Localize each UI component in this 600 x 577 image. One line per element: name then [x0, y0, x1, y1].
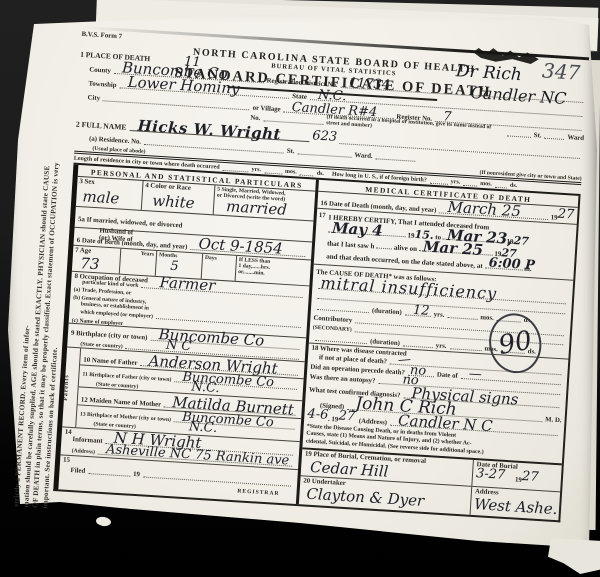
duration-yrs-label: yrs.	[433, 311, 444, 319]
house-number-value: 623	[312, 128, 338, 145]
md-label: M. D.	[545, 416, 562, 424]
to-year-value: 27	[513, 235, 529, 248]
days-label: Days	[205, 255, 234, 263]
filed-19-label: 19	[133, 471, 140, 478]
undertaker-addr-value: West Ashe.	[474, 495, 557, 518]
sign-19-label: . 19	[328, 416, 339, 424]
no-label: No.	[250, 114, 260, 122]
duration2-label: (duration)	[370, 338, 400, 347]
parents-label: Parents	[63, 374, 71, 401]
burial-year-value: 27	[522, 469, 539, 485]
stamp-90-value: 90	[496, 326, 534, 362]
burial-date-value: 3-27	[476, 466, 506, 483]
informant-addr-label: (Address)	[72, 448, 96, 455]
operation-date-label: Date of	[437, 372, 458, 380]
yrs-label: yrs.	[251, 166, 261, 173]
certify-number: 17	[318, 210, 326, 222]
st-label: St.	[534, 132, 542, 139]
ds-label: ds.	[317, 170, 325, 176]
mos-label: mos.	[480, 180, 492, 187]
certify-text-2a: that I last saw h	[327, 239, 375, 250]
medical-certificate-column: MEDICAL CERTIFICATE OF DEATH 16 Date of …	[296, 180, 579, 521]
race-value: white	[152, 192, 212, 214]
certificate-content: strictly a PERMANENT RECORD. Every item …	[5, 15, 592, 564]
city-label: City	[87, 94, 100, 102]
sign-year-value: 27	[338, 409, 355, 425]
duration-mos-label: mos.	[480, 314, 494, 322]
mos-label: mos.	[285, 168, 297, 175]
personal-particulars-column: PERSONAL AND STATISTICAL PARTICULARS 3 S…	[58, 165, 316, 504]
registrar-label: REGISTRAR	[237, 488, 280, 497]
dod-year-value: 27	[557, 207, 574, 223]
filed-label: Filed	[70, 467, 85, 475]
scanned-photo-background: strictly a PERMANENT RECORD. Every item …	[0, 0, 600, 577]
father-bp-state-value: N.C.	[191, 379, 220, 396]
last-saw-value: Mar 25	[423, 240, 484, 256]
handwritten-doctor-name: Dr Rich	[455, 61, 522, 85]
residence-st-label: St.	[287, 148, 295, 155]
attended-from-value: May 4	[332, 222, 383, 237]
spouse-label: 5a If married, widowed, or divorced	[78, 216, 183, 229]
district-value: 11734	[348, 75, 390, 93]
age-months-value: 5	[170, 259, 200, 276]
ds-label: ds.	[510, 182, 518, 188]
yrs-label: yrs.	[451, 178, 461, 185]
birthplace-state-value: N C	[165, 338, 191, 355]
certificate-form: B.V.S. Form 7 NORTH CAROLINA STATE BOARD…	[51, 26, 589, 551]
years-label: Years	[123, 250, 154, 258]
handwritten-number: 347	[541, 58, 581, 84]
operation-date-answer: —	[468, 366, 482, 382]
county-label: County	[89, 66, 111, 74]
sex-value: male	[82, 187, 140, 208]
occupation-value: Farmer	[159, 273, 216, 294]
sign-date-value: 4-6	[307, 407, 329, 423]
residence-ward-label: Ward.	[354, 152, 373, 160]
age-years-value: 73	[80, 254, 118, 274]
duration-years-value: 12	[412, 303, 429, 319]
time-of-death-value: 6:00 P	[488, 258, 535, 273]
certify-text-2b: alive on	[394, 244, 418, 253]
duration2-yrs-label: yrs.	[436, 342, 447, 350]
ward-label: Ward	[567, 134, 584, 142]
register-value: 7	[443, 109, 452, 124]
parents-section: Parents 10 Name of Father Anderson Wrigh…	[62, 348, 304, 443]
